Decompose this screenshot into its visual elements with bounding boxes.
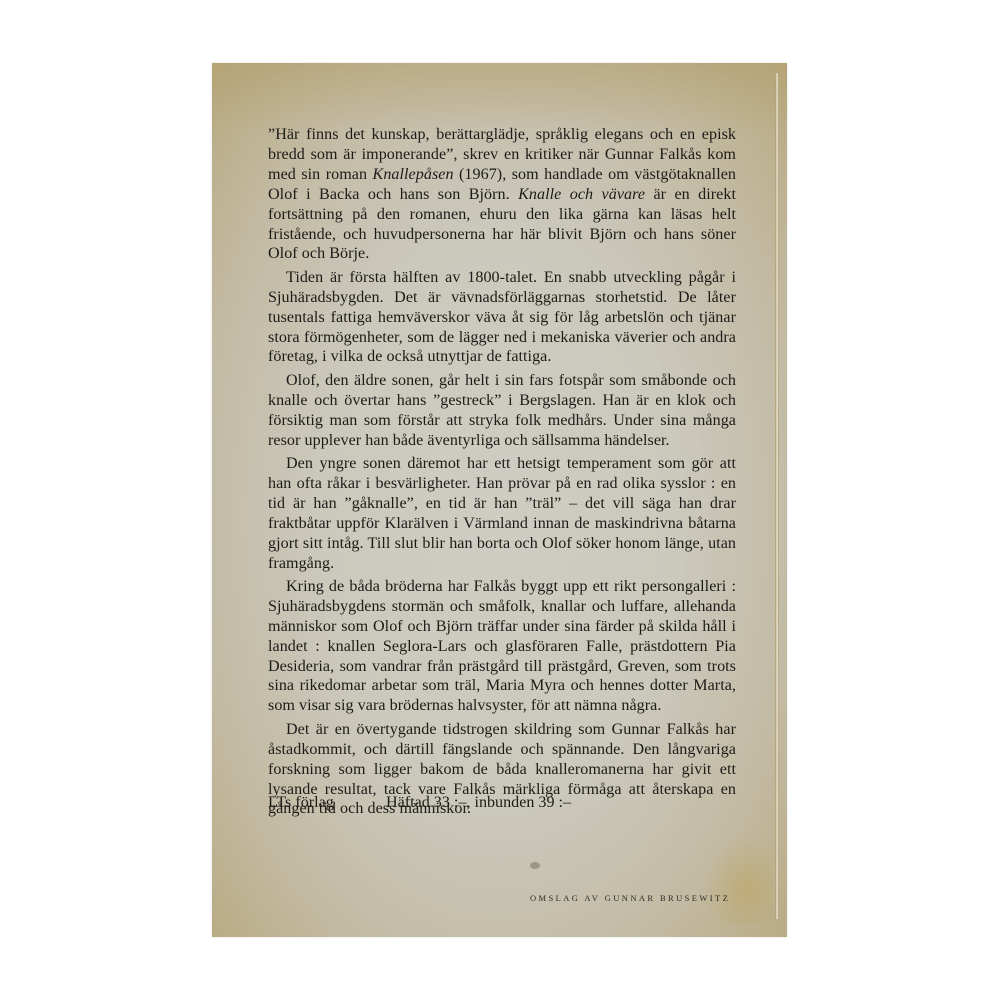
paragraph-text: Den yngre sonen däremot har ett hetsigt …: [268, 455, 736, 572]
price-info: Häftad 33 :–, inbunden 39 :–: [386, 794, 571, 812]
book-title: Knallepåsen: [373, 166, 454, 183]
paragraph-text: Olof, den äldre sonen, går helt i sin fa…: [268, 372, 736, 449]
paragraph: ”Här finns det kunskap, berättarglädje, …: [268, 125, 736, 264]
paragraph-text: Kring de båda bröderna har Falkås byggt …: [268, 578, 736, 714]
cover-credit: OMSLAG AV GUNNAR BRUSEWITZ: [530, 893, 730, 903]
paragraph: Olof, den äldre sonen, går helt i sin fa…: [268, 371, 736, 451]
book-title: Knalle och vävare: [518, 186, 645, 203]
blurb-text: ”Här finns det kunskap, berättarglädje, …: [268, 125, 736, 823]
paragraph-text: Tiden är första hälften av 1800-talet. E…: [268, 269, 736, 366]
paragraph: Tiden är första hälften av 1800-talet. E…: [268, 268, 736, 368]
paragraph: Kring de båda bröderna har Falkås byggt …: [268, 577, 736, 716]
water-stain: [703, 835, 773, 925]
paragraph: Den yngre sonen däremot har ett hetsigt …: [268, 454, 736, 573]
publisher-name: LTs förlag: [268, 794, 334, 811]
publisher-price-line: LTs förlag Häftad 33 :–, inbunden 39 :–: [268, 794, 334, 812]
ink-smudge: [530, 862, 540, 869]
